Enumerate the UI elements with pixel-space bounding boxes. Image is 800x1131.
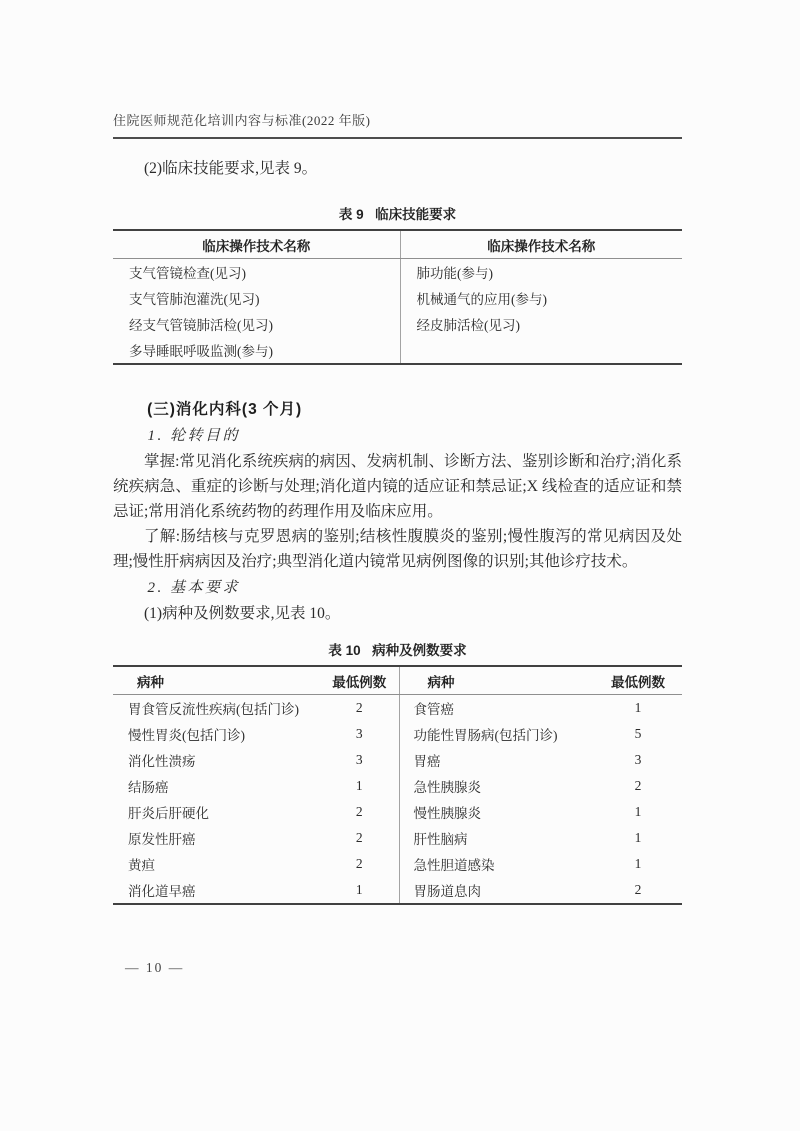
- table-cell: 5: [594, 721, 682, 747]
- table-cell: 原发性肝癌: [113, 825, 320, 851]
- table10-body: 胃食管反流性疾病(包括门诊)2食管癌1慢性胃炎(包括门诊)3功能性胃肠病(包括门…: [113, 695, 682, 905]
- table-cell: 1: [594, 799, 682, 825]
- rotation-purpose-title: 1. 轮转目的: [113, 424, 682, 449]
- table9-body: 支气管镜检查(见习)肺功能(参与)支气管肺泡灌洗(见习)机械通气的应用(参与)经…: [113, 259, 682, 365]
- running-header-rule: [113, 137, 682, 139]
- table-cell: 1: [594, 695, 682, 722]
- table9-caption-title: 临床技能要求: [375, 207, 456, 222]
- basic-requirements-title: 2. 基本要求: [113, 576, 682, 601]
- table10-col4-header: 最低例数: [594, 666, 682, 695]
- table10-col2-header: 最低例数: [320, 666, 399, 695]
- table-cell: 多导睡眠呼吸监测(参与): [113, 337, 400, 364]
- table-cell: 3: [594, 747, 682, 773]
- table-cell: 3: [320, 721, 399, 747]
- table10-caption-label: 表 10: [328, 643, 360, 658]
- table9-col2-header: 临床操作技术名称: [400, 230, 682, 259]
- table10-caption-title: 病种及例数要求: [372, 643, 467, 658]
- table-row: 支气管镜检查(见习)肺功能(参与): [113, 259, 682, 286]
- table9-clinical-skills: 临床操作技术名称 临床操作技术名称 支气管镜检查(见习)肺功能(参与)支气管肺泡…: [113, 229, 682, 365]
- table-cell: 1: [594, 851, 682, 877]
- table-cell: 经支气管镜肺活检(见习): [113, 311, 400, 337]
- table-cell: 肝性脑病: [399, 825, 594, 851]
- table-cell: 支气管肺泡灌洗(见习): [113, 285, 400, 311]
- table-cell: 消化道早癌: [113, 877, 320, 904]
- table-cell: 功能性胃肠病(包括门诊): [399, 721, 594, 747]
- table-cell: 2: [320, 695, 399, 722]
- table-cell: 经皮肺活检(见习): [400, 311, 682, 337]
- page-number: — 10 —: [125, 960, 682, 976]
- table-cell: 肺功能(参与): [400, 259, 682, 286]
- section-heading-digestive-medicine: (三)消化内科(3 个月): [113, 398, 682, 422]
- table9-caption: 表 9临床技能要求: [113, 205, 682, 224]
- table-row: 慢性胃炎(包括门诊)3功能性胃肠病(包括门诊)5: [113, 721, 682, 747]
- table9-header-row: 临床操作技术名称 临床操作技术名称: [113, 230, 682, 259]
- table-row: 黄疸2急性胆道感染1: [113, 851, 682, 877]
- running-header: 住院医师规范化培训内容与标准(2022 年版): [113, 112, 682, 139]
- running-header-title: 住院医师规范化培训内容与标准(2022 年版): [113, 112, 682, 129]
- table-row: 多导睡眠呼吸监测(参与): [113, 337, 682, 364]
- page-footer: — 10 —: [113, 960, 682, 976]
- table-cell: 食管癌: [399, 695, 594, 722]
- table-cell: 1: [320, 773, 399, 799]
- table10-caption: 表 10病种及例数要求: [113, 641, 682, 660]
- table-cell: 1: [320, 877, 399, 904]
- table-row: 原发性肝癌2肝性脑病1: [113, 825, 682, 851]
- table-row: 消化道早癌1胃肠道息肉2: [113, 877, 682, 904]
- table-row: 结肠癌1急性胰腺炎2: [113, 773, 682, 799]
- table-cell: 胃食管反流性疾病(包括门诊): [113, 695, 320, 722]
- paragraph-understand: 了解:肠结核与克罗恩病的鉴别;结核性腹膜炎的鉴别;慢性腹泻的常见病因及处理;慢性…: [113, 524, 682, 574]
- table-row: 胃食管反流性疾病(包括门诊)2食管癌1: [113, 695, 682, 722]
- table-cell: 慢性胃炎(包括门诊): [113, 721, 320, 747]
- table-cell: 黄疸: [113, 851, 320, 877]
- table10-col3-header: 病种: [399, 666, 594, 695]
- table-row: 肝炎后肝硬化2慢性胰腺炎1: [113, 799, 682, 825]
- table-cell: 2: [594, 773, 682, 799]
- document-page: 住院医师规范化培训内容与标准(2022 年版) (2)临床技能要求,见表 9。 …: [0, 0, 800, 1131]
- table-row: 支气管肺泡灌洗(见习)机械通气的应用(参与): [113, 285, 682, 311]
- paragraph-case-requirement: (1)病种及例数要求,见表 10。: [113, 601, 682, 626]
- table-cell: 急性胰腺炎: [399, 773, 594, 799]
- table-cell: 慢性胰腺炎: [399, 799, 594, 825]
- table-cell: 结肠癌: [113, 773, 320, 799]
- table-cell: 2: [594, 877, 682, 904]
- table-cell: 1: [594, 825, 682, 851]
- table-cell: 急性胆道感染: [399, 851, 594, 877]
- table10-col1-header: 病种: [113, 666, 320, 695]
- table9-col1-header: 临床操作技术名称: [113, 230, 400, 259]
- table-cell: 2: [320, 851, 399, 877]
- table10-header-row: 病种 最低例数 病种 最低例数: [113, 666, 682, 695]
- table-cell: 胃肠道息肉: [399, 877, 594, 904]
- table-cell: 3: [320, 747, 399, 773]
- table-cell: 肝炎后肝硬化: [113, 799, 320, 825]
- table9-caption-label: 表 9: [339, 207, 364, 222]
- table-row: 经支气管镜肺活检(见习)经皮肺活检(见习): [113, 311, 682, 337]
- table-cell: 机械通气的应用(参与): [400, 285, 682, 311]
- table-cell: 支气管镜检查(见习): [113, 259, 400, 286]
- table-cell: 2: [320, 825, 399, 851]
- table-cell: 2: [320, 799, 399, 825]
- table-row: 消化性溃疡3胃癌3: [113, 747, 682, 773]
- table-cell: 胃癌: [399, 747, 594, 773]
- table10-disease-case-counts: 病种 最低例数 病种 最低例数 胃食管反流性疾病(包括门诊)2食管癌1慢性胃炎(…: [113, 665, 682, 905]
- paragraph-master: 掌握:常见消化系统疾病的病因、发病机制、诊断方法、鉴别诊断和治疗;消化系统疾病急…: [113, 449, 682, 524]
- table-cell: [400, 337, 682, 364]
- intro-paragraph: (2)临床技能要求,见表 9。: [113, 156, 682, 181]
- table-cell: 消化性溃疡: [113, 747, 320, 773]
